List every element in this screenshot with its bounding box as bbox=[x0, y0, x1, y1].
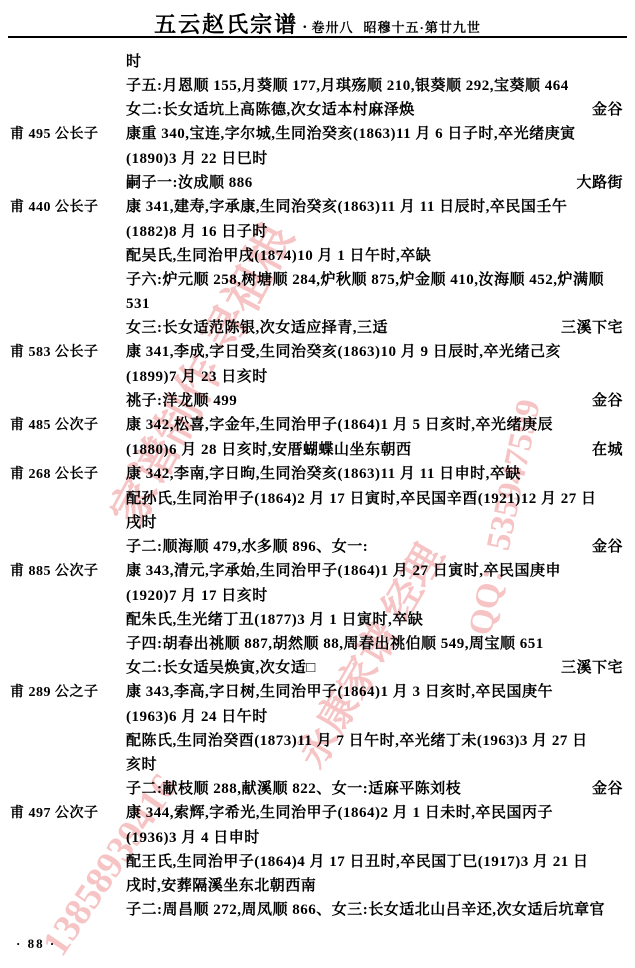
entry-text: 子二:献枝顺 288,献溪顺 822、女一:适麻平陈刘枝 bbox=[126, 777, 461, 801]
entry-text: 子六:炉元顺 258,树塘顺 284,炉秋顺 875,炉金顺 410,汝海顺 4… bbox=[126, 268, 604, 292]
ancestor-label: 甫 440 公长子 bbox=[10, 196, 126, 220]
entry-text: (1890)3 月 22 日巳时 bbox=[126, 147, 268, 171]
genealogy-line: 女二:长女适坑上高陈德,次女适本村麻泽焕金谷 bbox=[10, 98, 623, 122]
title-separator-dot: · bbox=[302, 19, 307, 36]
entry-text: (1963)6 月 24 日午时 bbox=[126, 705, 268, 729]
residence-label: 三溪下宅 bbox=[561, 316, 623, 340]
genealogy-line: 甫 485 公次子康 342,松喜,字金年,生同治甲子(1864)1 月 5 日… bbox=[10, 413, 623, 438]
entry-text: 嗣子一:汝成顺 886 bbox=[126, 171, 253, 195]
genealogy-line: 女三:长女适范陈银,次女适应择青,三适三溪下宅 bbox=[10, 316, 623, 340]
genealogy-line: 子二:顺海顺 479,水多顺 896、女一:金谷 bbox=[10, 535, 623, 559]
genealogy-line: (1936)3 月 4 日申时 bbox=[10, 826, 623, 850]
genealogy-line: 子六:炉元顺 258,树塘顺 284,炉秋顺 875,炉金顺 410,汝海顺 4… bbox=[10, 268, 623, 292]
genealogy-line: 甫 885 公次子康 343,清元,字承始,生同治甲子(1864)1 月 27 … bbox=[10, 559, 623, 584]
entry-text: 康 342,松喜,字金年,生同治甲子(1864)1 月 5 日亥时,卒光绪庚辰 bbox=[126, 413, 553, 437]
entry-text: 时 bbox=[126, 50, 142, 74]
entry-text: (1920)7 月 17 日亥时 bbox=[126, 584, 268, 608]
header-rule bbox=[8, 36, 627, 38]
genealogy-line: 531 bbox=[10, 292, 623, 316]
entry-text: (1882)8 月 16 日子时 bbox=[126, 220, 268, 244]
residence-label: 金谷 bbox=[592, 98, 623, 122]
genealogy-line: 甫 268 公长子康 342,李南,字日昫,生同治癸亥(1863)11 月 11… bbox=[10, 462, 623, 487]
genealogy-line: 戌时 bbox=[10, 511, 623, 535]
genealogy-line: (1963)6 月 24 日午时 bbox=[10, 705, 623, 729]
ancestor-label: 甫 583 公长子 bbox=[10, 341, 126, 365]
genealogy-line: (1882)8 月 16 日子时 bbox=[10, 220, 623, 244]
entry-text: 康重 340,宝连,字尔城,生同治癸亥(1863)11 月 6 日子时,卒光绪庚… bbox=[126, 122, 576, 146]
genealogy-line: 亥时 bbox=[10, 753, 623, 777]
genealogy-line: 配孙氏,生同治甲子(1864)2 月 17 日寅时,卒民国辛酉(1921)12 … bbox=[10, 487, 623, 511]
genealogy-line: (1880)6 月 28 日亥时,安厝蝴蝶山坐东朝西在城 bbox=[10, 438, 623, 462]
genealogy-line: 甫 583 公长子康 341,李成,字日受,生同治癸亥(1863)10 月 9 … bbox=[10, 340, 623, 365]
entry-text: 康 341,建寿,字承康,生同治癸亥(1863)11 月 11 日辰时,卒民国壬… bbox=[126, 195, 567, 219]
genealogy-line: 配朱氏,生光绪丁丑(1877)3 月 1 日寅时,卒缺 bbox=[10, 608, 623, 632]
entry-text: 配陈氏,生同治癸酉(1873)11 月 7 日午时,卒光绪丁未(1963)3 月… bbox=[126, 729, 588, 753]
entry-text: 女三:长女适范陈银,次女适应择青,三适 bbox=[126, 316, 388, 340]
entry-text: 祧子:洋龙顺 499 bbox=[126, 389, 237, 413]
entry-text: 康 343,清元,字承始,生同治甲子(1864)1 月 27 日寅时,卒民国庚申 bbox=[126, 559, 561, 583]
genealogy-line: (1920)7 月 17 日亥时 bbox=[10, 584, 623, 608]
entry-text: 亥时 bbox=[126, 753, 157, 777]
genealogy-line: 戌时,安葬隔溪坐东北朝西南 bbox=[10, 874, 623, 898]
genealogy-line: 配吴氏,生同治甲戌(1874)10 月 1 日午时,卒缺 bbox=[10, 244, 623, 268]
genealogy-line: 子二:周昌顺 272,周凤顺 866、女三:长女适北山吕辛还,次女适后坑章官 bbox=[10, 898, 623, 922]
genealogy-line: 子五:月恩顺 155,月葵顺 177,月琪殇顺 210,银葵顺 292,宝葵顺 … bbox=[10, 74, 623, 98]
ancestor-label: 甫 289 公之子 bbox=[10, 681, 126, 705]
genealogy-entries: 时子五:月恩顺 155,月葵顺 177,月琪殇顺 210,银葵顺 292,宝葵顺… bbox=[10, 50, 623, 922]
genealogy-line: 子四:胡春出祧顺 887,胡然顺 88,周春出祧伯顺 549,周宝顺 651 bbox=[10, 632, 623, 656]
genealogy-line: 甫 289 公之子康 343,李高,字日树,生同治甲子(1864)1 月 3 日… bbox=[10, 680, 623, 705]
entry-text: 子二:周昌顺 272,周凤顺 866、女三:长女适北山吕辛还,次女适后坑章官 bbox=[126, 898, 605, 922]
residence-label: 金谷 bbox=[592, 777, 623, 801]
entry-text: 戌时 bbox=[126, 511, 157, 535]
genealogy-line: (1890)3 月 22 日巳时 bbox=[10, 147, 623, 171]
ancestor-label: 甫 885 公次子 bbox=[10, 560, 126, 584]
genealogy-line: 配王氏,生同治甲子(1864)4 月 17 日丑时,卒民国丁巳(1917)3 月… bbox=[10, 850, 623, 874]
entry-text: 女二:长女适吴焕寅,次女适□ bbox=[126, 656, 316, 680]
page-header: 五云赵氏宗谱·卷卅八昭穆十五·第廿九世 bbox=[0, 8, 635, 39]
genealogy-line: 时 bbox=[10, 50, 623, 74]
genealogy-line: 嗣子一:汝成顺 886大路街 bbox=[10, 171, 623, 195]
genealogy-line: 子二:献枝顺 288,献溪顺 822、女一:适麻平陈刘枝金谷 bbox=[10, 777, 623, 801]
ancestor-label: 甫 268 公长子 bbox=[10, 463, 126, 487]
entry-text: 康 342,李南,字日昫,生同治癸亥(1863)11 月 11 日申时,卒缺 bbox=[126, 462, 521, 486]
residence-label: 三溪下宅 bbox=[561, 656, 623, 680]
entry-text: (1899)7 月 23 日亥时 bbox=[126, 365, 268, 389]
volume-label: 卷卅八 bbox=[312, 20, 354, 35]
entry-text: (1936)3 月 4 日申时 bbox=[126, 826, 260, 850]
residence-label: 大路街 bbox=[576, 171, 623, 195]
genealogy-line: 甫 495 公长子康重 340,宝连,字尔城,生同治癸亥(1863)11 月 6… bbox=[10, 122, 623, 147]
entry-text: 配孙氏,生同治甲子(1864)2 月 17 日寅时,卒民国辛酉(1921)12 … bbox=[126, 487, 596, 511]
genealogy-line: 甫 497 公次子康 344,索辉,字希光,生同治甲子(1864)2 月 1 日… bbox=[10, 801, 623, 826]
entry-text: 配朱氏,生光绪丁丑(1877)3 月 1 日寅时,卒缺 bbox=[126, 608, 423, 632]
entry-text: 配王氏,生同治甲子(1864)4 月 17 日丑时,卒民国丁巳(1917)3 月… bbox=[126, 850, 588, 874]
entry-text: 康 341,李成,字日受,生同治癸亥(1863)10 月 9 日辰时,卒光绪己亥 bbox=[126, 340, 561, 364]
residence-label: 在城 bbox=[592, 438, 623, 462]
entry-text: 女二:长女适坑上高陈德,次女适本村麻泽焕 bbox=[126, 98, 415, 122]
generation-subtitle: 昭穆十五·第廿九世 bbox=[364, 20, 481, 35]
entry-text: 康 343,李高,字日树,生同治甲子(1864)1 月 3 日亥时,卒民国庚午 bbox=[126, 680, 553, 704]
ancestor-label: 甫 495 公长子 bbox=[10, 123, 126, 147]
entry-text: 子五:月恩顺 155,月葵顺 177,月琪殇顺 210,银葵顺 292,宝葵顺 … bbox=[126, 74, 569, 98]
genealogy-line: 配陈氏,生同治癸酉(1873)11 月 7 日午时,卒光绪丁未(1963)3 月… bbox=[10, 729, 623, 753]
ancestor-label: 甫 485 公次子 bbox=[10, 414, 126, 438]
entry-text: 康 344,索辉,字希光,生同治甲子(1864)2 月 1 日未时,卒民国丙子 bbox=[126, 801, 553, 825]
entry-text: 子二:顺海顺 479,水多顺 896、女一: bbox=[126, 535, 368, 559]
residence-label: 金谷 bbox=[592, 389, 623, 413]
entry-text: (1880)6 月 28 日亥时,安厝蝴蝶山坐东朝西 bbox=[126, 438, 412, 462]
genealogy-page: 家谱制作 寻祖根QQ：535947599永康家谱 经理13858939416 五… bbox=[0, 0, 635, 968]
genealogy-line: 祧子:洋龙顺 499金谷 bbox=[10, 389, 623, 413]
entry-text: 子四:胡春出祧顺 887,胡然顺 88,周春出祧伯顺 549,周宝顺 651 bbox=[126, 632, 544, 656]
entry-text: 戌时,安葬隔溪坐东北朝西南 bbox=[126, 874, 316, 898]
genealogy-line: 女二:长女适吴焕寅,次女适□三溪下宅 bbox=[10, 656, 623, 680]
page-number: · 88 · bbox=[16, 936, 56, 952]
genealogy-line: (1899)7 月 23 日亥时 bbox=[10, 365, 623, 389]
entry-text: 配吴氏,生同治甲戌(1874)10 月 1 日午时,卒缺 bbox=[126, 244, 431, 268]
entry-text: 531 bbox=[126, 292, 150, 316]
ancestor-label: 甫 497 公次子 bbox=[10, 802, 126, 826]
book-title: 五云赵氏宗谱 bbox=[154, 12, 298, 37]
residence-label: 金谷 bbox=[592, 535, 623, 559]
genealogy-line: 甫 440 公长子康 341,建寿,字承康,生同治癸亥(1863)11 月 11… bbox=[10, 195, 623, 220]
